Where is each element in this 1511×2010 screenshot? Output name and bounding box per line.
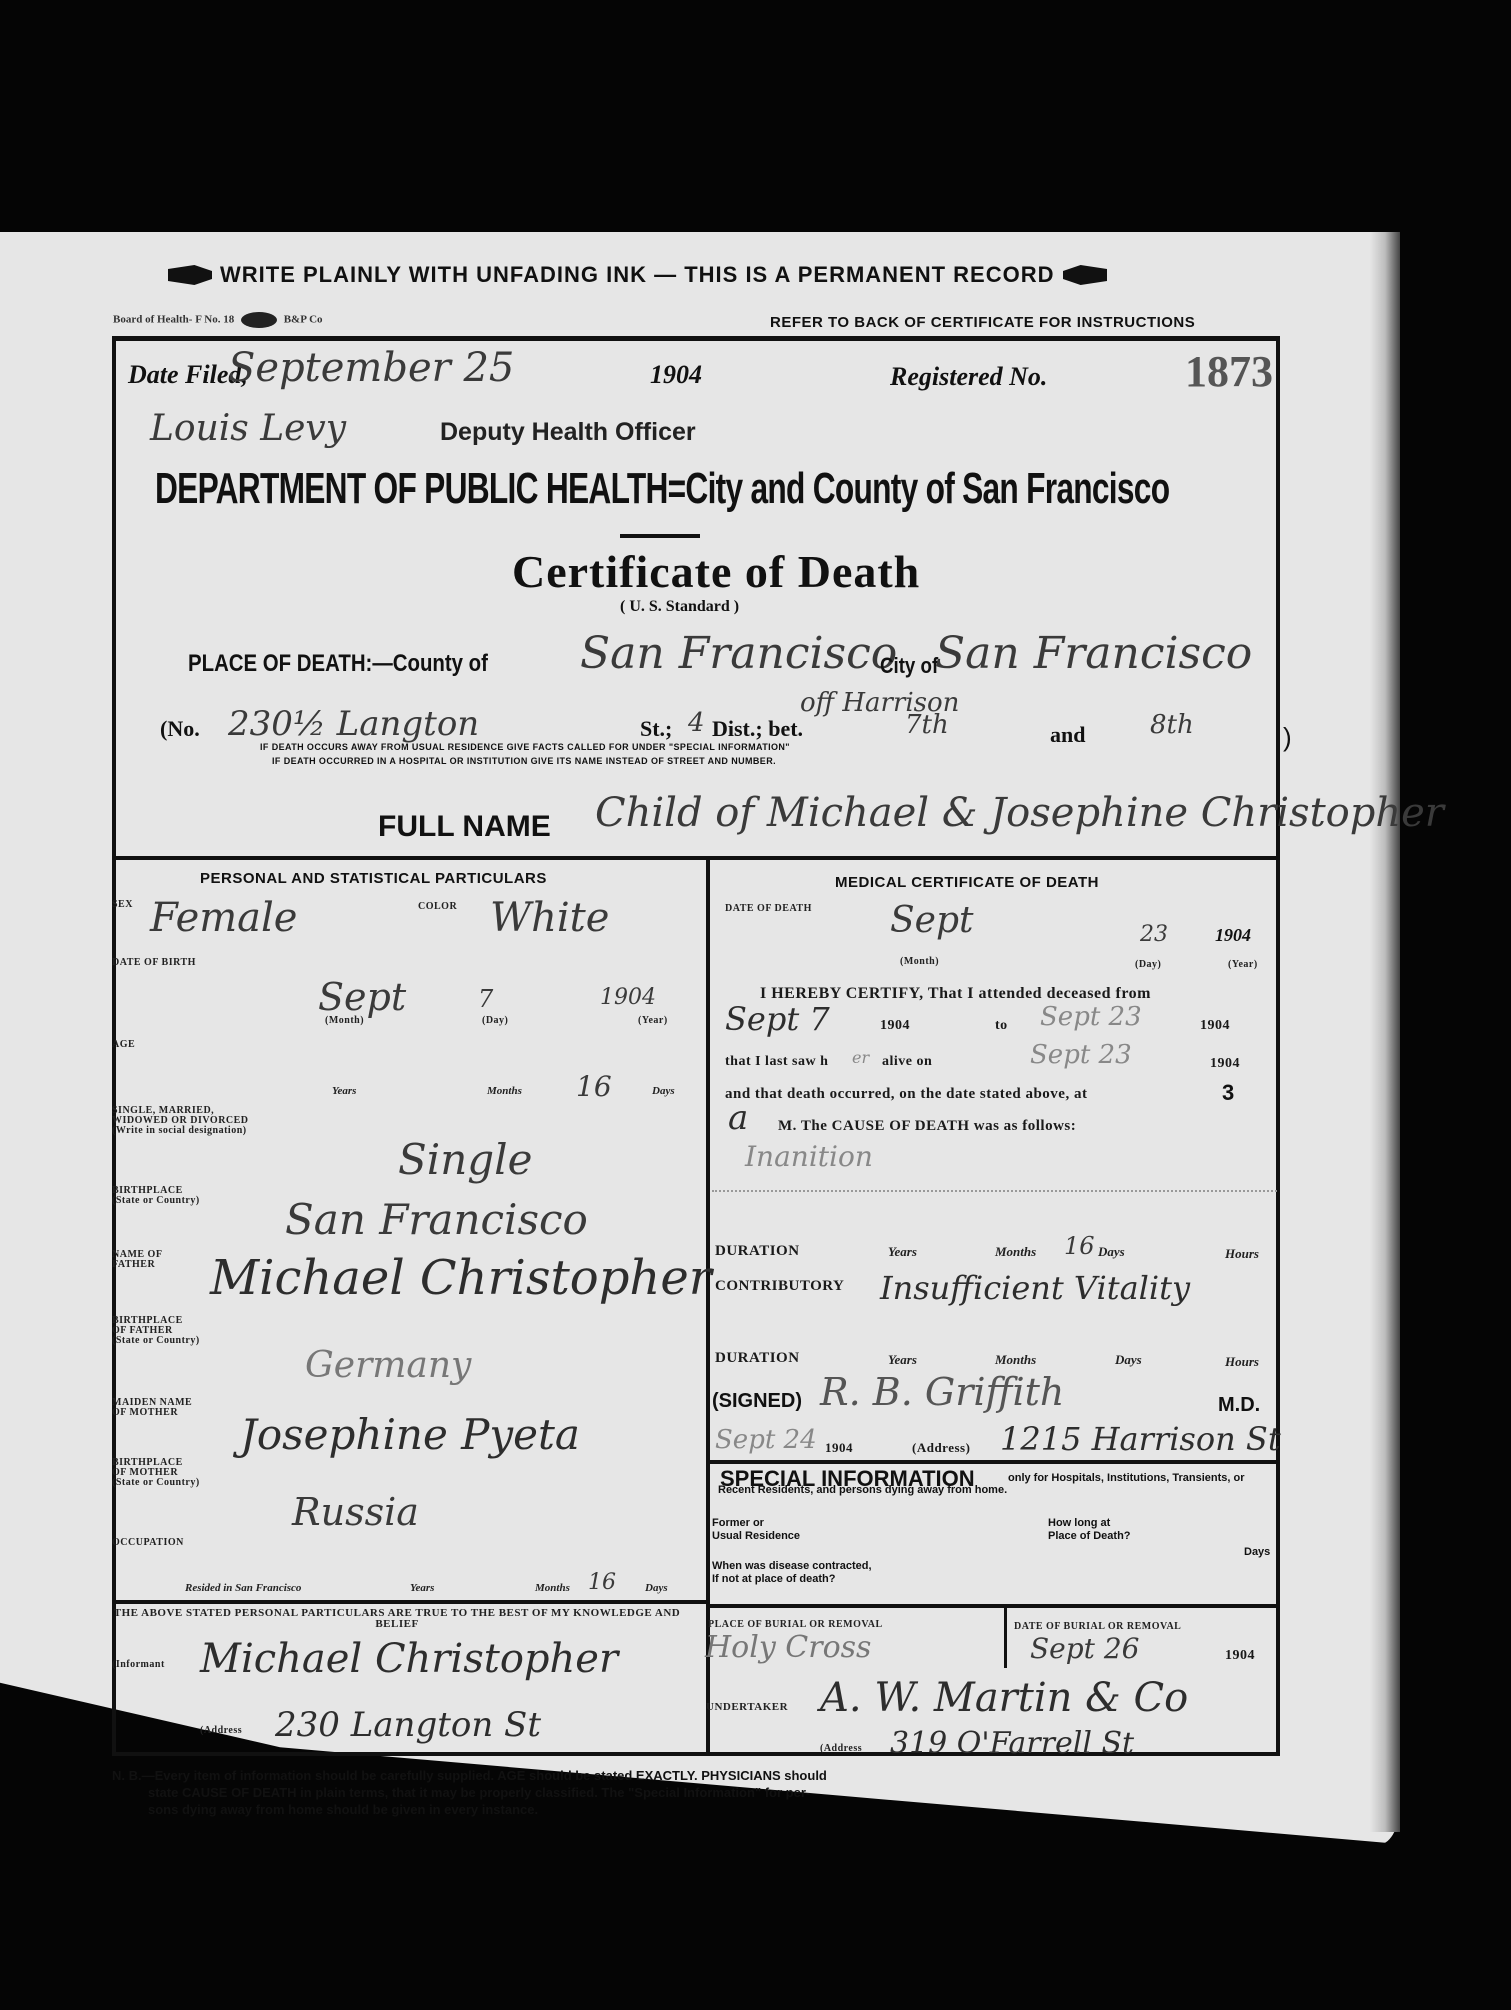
- dod-day: 23: [1140, 922, 1168, 947]
- dob-month-caption: (Month): [325, 1016, 364, 1026]
- footnote-line-3: sons dying away from home should be give…: [148, 1802, 538, 1817]
- death-occurred-text: and that death occurred, on the date sta…: [725, 1086, 1087, 1103]
- md-label: M.D.: [1218, 1394, 1260, 1417]
- title-rule: [620, 534, 700, 538]
- duration-days-label: Days: [1098, 1244, 1125, 1260]
- contracted-label-2: If not at place of death?: [712, 1573, 835, 1585]
- and-label: and: [1050, 722, 1085, 748]
- ward-value: 4: [688, 708, 705, 738]
- dod-year: 1904: [1215, 925, 1251, 946]
- full-name-value: Child of Michael & Josephine Christopher: [595, 790, 1444, 836]
- informant-label: (Informant: [112, 1660, 165, 1670]
- pointing-hand-icon: [168, 265, 212, 285]
- dob-label: DATE OF BIRTH: [112, 958, 196, 968]
- physician-address-label: (Address): [912, 1440, 970, 1456]
- footnote-line-1: N. B.—Every item of information should b…: [112, 1768, 827, 1783]
- full-name-label: FULL NAME: [378, 810, 551, 844]
- last-saw-text: that I last saw h: [725, 1054, 828, 1070]
- date-filed-value: September 25: [228, 345, 514, 391]
- birthplace-value: San Francisco: [285, 1195, 588, 1244]
- duration2-years-label: Years: [888, 1352, 917, 1368]
- duration-hours-label: Hours: [1225, 1246, 1259, 1262]
- mother-birthplace-label-3: (State or Country): [112, 1478, 200, 1488]
- age-years-label: Years: [332, 1085, 356, 1097]
- personal-heading: PERSONAL AND STATISTICAL PARTICULARS: [200, 870, 547, 887]
- duration-years-label: Years: [888, 1244, 917, 1260]
- birthplace-label-sub: (State or Country): [112, 1196, 200, 1206]
- cause-text: M. The CAUSE OF DEATH was as follows:: [778, 1118, 1076, 1135]
- paper-edge: [1370, 232, 1400, 1832]
- resided-days-value: 16: [588, 1570, 616, 1595]
- resided-days-label: Days: [645, 1582, 668, 1594]
- color-value: White: [490, 895, 609, 941]
- attended-to-date: Sept 23: [1040, 1002, 1142, 1032]
- mother-birthplace-value: Russia: [292, 1490, 419, 1534]
- undertaker-label: UNDERTAKER: [706, 1702, 788, 1712]
- registered-no-label: Registered No.: [890, 362, 1047, 392]
- signed-label: (SIGNED): [712, 1390, 802, 1413]
- date-filed-year: 1904: [650, 360, 702, 390]
- duration-months-label: Months: [995, 1244, 1036, 1260]
- permanent-record-banner: WRITE PLAINLY WITH UNFADING INK — THIS I…: [168, 262, 1268, 288]
- how-long-label-2: Place of Death?: [1048, 1530, 1131, 1542]
- burial-divider: [706, 1604, 1280, 1608]
- attended-from-year: 1904: [880, 1018, 910, 1034]
- officer-signature: Louis Levy: [150, 408, 346, 449]
- place-of-death-label: PLACE OF DEATH:—County of: [188, 650, 488, 678]
- burial-date-value: Sept 26: [1030, 1632, 1139, 1665]
- mother-name-value: Josephine Pyeta: [240, 1410, 580, 1459]
- last-saw-date: Sept 23: [1030, 1040, 1132, 1070]
- informant-divider: [112, 1600, 708, 1604]
- between-street-2: 8th: [1150, 710, 1194, 740]
- last-saw-pronoun: er: [852, 1048, 869, 1067]
- special-divider: [706, 1460, 1280, 1464]
- st-label: St.;: [640, 716, 672, 742]
- marital-value: Single: [398, 1135, 532, 1184]
- undertaker-value: A. W. Martin & Co: [820, 1675, 1188, 1721]
- contributory-value: Insufficient Vitality: [880, 1268, 1260, 1308]
- informant-name: Michael Christopher: [200, 1636, 618, 1682]
- informant-address: 230 Langton St: [275, 1705, 541, 1745]
- section-divider: [112, 856, 1280, 860]
- board-of-health-form-no: Board of Health- F No. 18 B&P Co: [113, 312, 323, 328]
- dob-day: 7: [478, 985, 493, 1013]
- father-birthplace-value: Germany: [305, 1345, 471, 1386]
- duration2-label: DURATION: [715, 1350, 800, 1367]
- burial-date-year: 1904: [1225, 1648, 1255, 1664]
- dob-month: Sept: [318, 975, 406, 1019]
- informant-statement: THE ABOVE STATED PERSONAL PARTICULARS AR…: [112, 1608, 682, 1630]
- how-long-days-label: Days: [1244, 1546, 1270, 1558]
- occupation-label: OCCUPATION: [112, 1538, 184, 1548]
- resided-label: Resided in San Francisco: [185, 1582, 301, 1594]
- county-value: San Francisco: [580, 628, 897, 679]
- undertaker-address: 319 O'Farrell St: [890, 1726, 1134, 1761]
- dod-month: Sept: [890, 900, 973, 941]
- contributory-label: CONTRIBUTORY: [715, 1278, 844, 1295]
- instruction-usual-residence: IF DEATH OCCURS AWAY FROM USUAL RESIDENC…: [260, 742, 790, 752]
- pointing-hand-icon: [1063, 265, 1107, 285]
- street-no-label: (No.: [160, 716, 200, 742]
- certificate-title: Certificate of Death: [512, 545, 920, 598]
- officer-title: Deputy Health Officer: [440, 418, 696, 447]
- father-birthplace-label-3: (State or Country): [112, 1336, 200, 1346]
- resided-years-label: Years: [410, 1582, 434, 1594]
- printer-name: B&P Co: [284, 314, 323, 326]
- dod-label: DATE OF DEATH: [725, 904, 812, 914]
- city-value: San Francisco: [935, 628, 1252, 679]
- seal-icon: [241, 312, 277, 328]
- duration2-hours-label: Hours: [1225, 1354, 1259, 1370]
- former-residence-label-1: Former or: [712, 1517, 764, 1529]
- medical-heading: MEDICAL CERTIFICATE OF DEATH: [835, 874, 1099, 891]
- burial-date-label: DATE OF BURIAL OR REMOVAL: [1014, 1622, 1181, 1632]
- instruction-hospital: IF DEATH OCCURRED IN A HOSPITAL OR INSTI…: [272, 756, 776, 766]
- dob-day-caption: (Day): [482, 1016, 508, 1026]
- dob-year-caption: (Year): [638, 1016, 668, 1026]
- physician-signature: R. B. Griffith: [820, 1370, 1064, 1414]
- duration2-days-label: Days: [1115, 1352, 1142, 1368]
- between-street-1: 7th: [905, 710, 949, 740]
- dod-year-caption: (Year): [1228, 960, 1258, 970]
- dob-year: 1904: [600, 985, 656, 1010]
- duration-days-value: 16: [1064, 1232, 1095, 1260]
- burial-place-value: Holy Cross: [705, 1630, 871, 1665]
- father-name-label-sub: FATHER: [112, 1260, 155, 1270]
- former-residence-label-2: Usual Residence: [712, 1530, 800, 1542]
- marital-label-3: (Write in social designation): [112, 1126, 247, 1136]
- sex-value: Female: [150, 895, 297, 941]
- refer-instructions: REFER TO BACK OF CERTIFICATE FOR INSTRUC…: [770, 314, 1195, 331]
- physician-address: 1215 Harrison St: [1000, 1420, 1281, 1458]
- city-of-label: City of: [880, 653, 938, 679]
- attended-from-date: Sept 7: [725, 1000, 830, 1038]
- close-paren: ): [1283, 722, 1292, 753]
- contracted-label-1: When was disease contracted,: [712, 1560, 872, 1572]
- color-label: COLOR: [418, 902, 457, 912]
- cause-of-death-value: Inanition: [745, 1140, 873, 1173]
- form-number: Board of Health- F No. 18: [113, 314, 234, 326]
- age-days-value: 16: [576, 1070, 612, 1103]
- age-label: AGE: [112, 1040, 135, 1050]
- duration-label: DURATION: [715, 1243, 800, 1260]
- signed-date: Sept 24: [715, 1425, 817, 1455]
- informant-address-label: (Address: [200, 1726, 242, 1736]
- dist-bet-label: Dist.; bet.: [712, 716, 803, 742]
- undertaker-address-label: (Address: [820, 1744, 862, 1754]
- footnote-line-2: state CAUSE OF DEATH in plain terms, tha…: [148, 1785, 810, 1800]
- to-label: to: [995, 1018, 1008, 1034]
- last-saw-year: 1904: [1210, 1056, 1240, 1072]
- how-long-label-1: How long at: [1048, 1517, 1110, 1529]
- mother-name-label-2: OF MOTHER: [112, 1408, 178, 1418]
- signed-year: 1904: [825, 1440, 853, 1456]
- am-pm-value: a: [728, 1098, 748, 1138]
- certificate-subtitle: ( U. S. Standard ): [620, 598, 739, 616]
- special-heading-note: only for Hospitals, Institutions, Transi…: [718, 1472, 1273, 1496]
- father-name-value: Michael Christopher: [210, 1250, 712, 1306]
- banner-text: WRITE PLAINLY WITH UNFADING INK — THIS I…: [220, 262, 1055, 288]
- age-days-label: Days: [652, 1085, 675, 1097]
- alive-on-label: alive on: [882, 1054, 932, 1070]
- age-months-label: Months: [487, 1085, 522, 1097]
- registered-no-value: 1873: [1185, 346, 1273, 397]
- cause-line: [712, 1190, 1277, 1192]
- sex-label: SEX: [112, 900, 133, 910]
- dod-day-caption: (Day): [1135, 960, 1161, 970]
- street-no-value: 230½ Langton: [228, 704, 479, 744]
- resided-months-label: Months: [535, 1582, 570, 1594]
- attended-to-year: 1904: [1200, 1018, 1230, 1034]
- burial-place-label: PLACE OF BURIAL OR REMOVAL: [708, 1620, 883, 1630]
- burial-column-divider: [1004, 1608, 1007, 1668]
- dod-month-caption: (Month): [900, 957, 939, 967]
- department-heading: DEPARTMENT OF PUBLIC HEALTH=City and Cou…: [155, 464, 1169, 514]
- duration2-months-label: Months: [995, 1352, 1036, 1368]
- death-hour: 3: [1222, 1080, 1234, 1106]
